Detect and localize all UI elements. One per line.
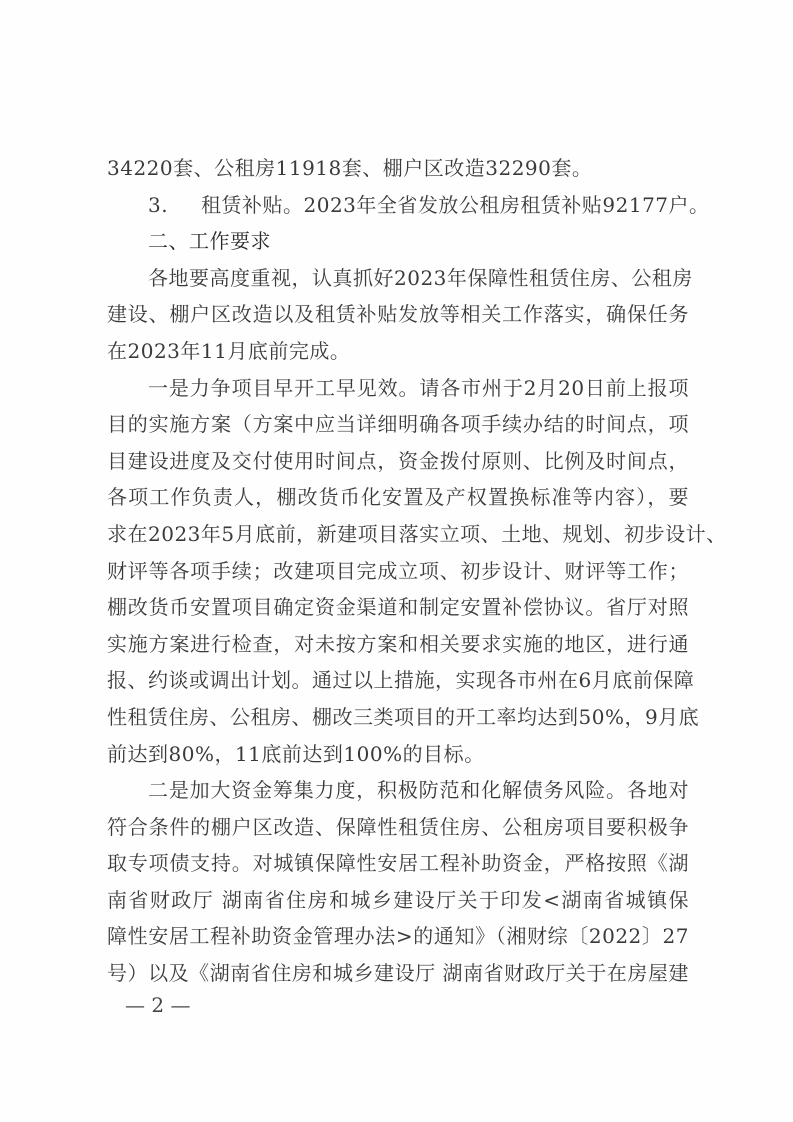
paragraph-line: 报、约谈或调出计划。通过以上措施，实现各市州在6月底前保障 (107, 662, 689, 699)
paragraph-line: 棚改货币安置项目确定资金渠道和制定安置补偿协议。省厅对照 (107, 589, 689, 626)
paragraph-continued-figures-line: 34220套、公租房11918套、棚户区改造32290套。 (107, 150, 689, 187)
paragraph-line: 取专项债支持。对城镇保障性安居工程补助资金，严格按照《湖 (107, 845, 689, 882)
page-number: — 2 — (125, 993, 190, 1017)
paragraph-line: 各项工作负责人，棚改货币化安置及产权置换标准等内容），要 (107, 479, 689, 516)
paragraph-line: 建设、棚户区改造以及租赁补贴发放等相关工作落实，确保任务 (107, 296, 689, 333)
paragraph-line: 目的实施方案（方案中应当详细明确各项手续办结的时间点，项 (107, 406, 689, 443)
paragraph-line: 号）以及《湖南省住房和城乡建设厅 湖南省财政厅关于在房屋建 (107, 955, 689, 992)
paragraph-line: 前达到80%，11底前达到100%的目标。 (107, 736, 689, 773)
paragraph-line: 在2023年11月底前完成。 (107, 333, 689, 370)
paragraph-line: 符合条件的棚户区改造、保障性租赁住房、公租房项目要积极争 (107, 809, 689, 846)
document-page: 34220套、公租房11918套、棚户区改造32290套。 3.租赁补贴。202… (0, 0, 793, 1122)
list-item-text: 租赁补贴。2023年全省发放公租房租赁补贴92177户。 (201, 193, 710, 217)
paragraph-line: 各地要高度重视，认真抓好2023年保障性租赁住房、公租房 (107, 260, 689, 297)
document-body: 34220套、公租房11918套、棚户区改造32290套。 3.租赁补贴。202… (107, 150, 689, 992)
paragraph-line: 财评等各项手续；改建项目完成立项、初步设计、财评等工作； (107, 553, 689, 590)
list-item-rental-subsidy: 3.租赁补贴。2023年全省发放公租房租赁补贴92177户。 (107, 187, 689, 224)
list-item-number: 3. (148, 187, 201, 224)
paragraph-line: 南省财政厅 湖南省住房和城乡建设厅关于印发<湖南省城镇保 (107, 882, 689, 919)
paragraph-line: 一是力争项目早开工早见效。请各市州于2月20日前上报项 (107, 370, 689, 407)
paragraph-line: 求在2023年5月底前，新建项目落实立项、土地、规划、初步设计、 (107, 516, 689, 553)
paragraph-line: 障性安居工程补助资金管理办法>的通知》（湘财综〔2022〕27 (107, 918, 689, 955)
paragraph-line: 目建设进度及交付使用时间点，资金拨付原则、比例及时间点， (107, 443, 689, 480)
paragraph-line: 二是加大资金筹集力度，积极防范和化解债务风险。各地对 (107, 772, 689, 809)
paragraph-line: 实施方案进行检查，对未按方案和相关要求实施的地区，进行通 (107, 626, 689, 663)
paragraph-line: 性租赁住房、公租房、棚改三类项目的开工率均达到50%，9月底 (107, 699, 689, 736)
section-heading-work-requirements: 二、工作要求 (107, 223, 689, 260)
